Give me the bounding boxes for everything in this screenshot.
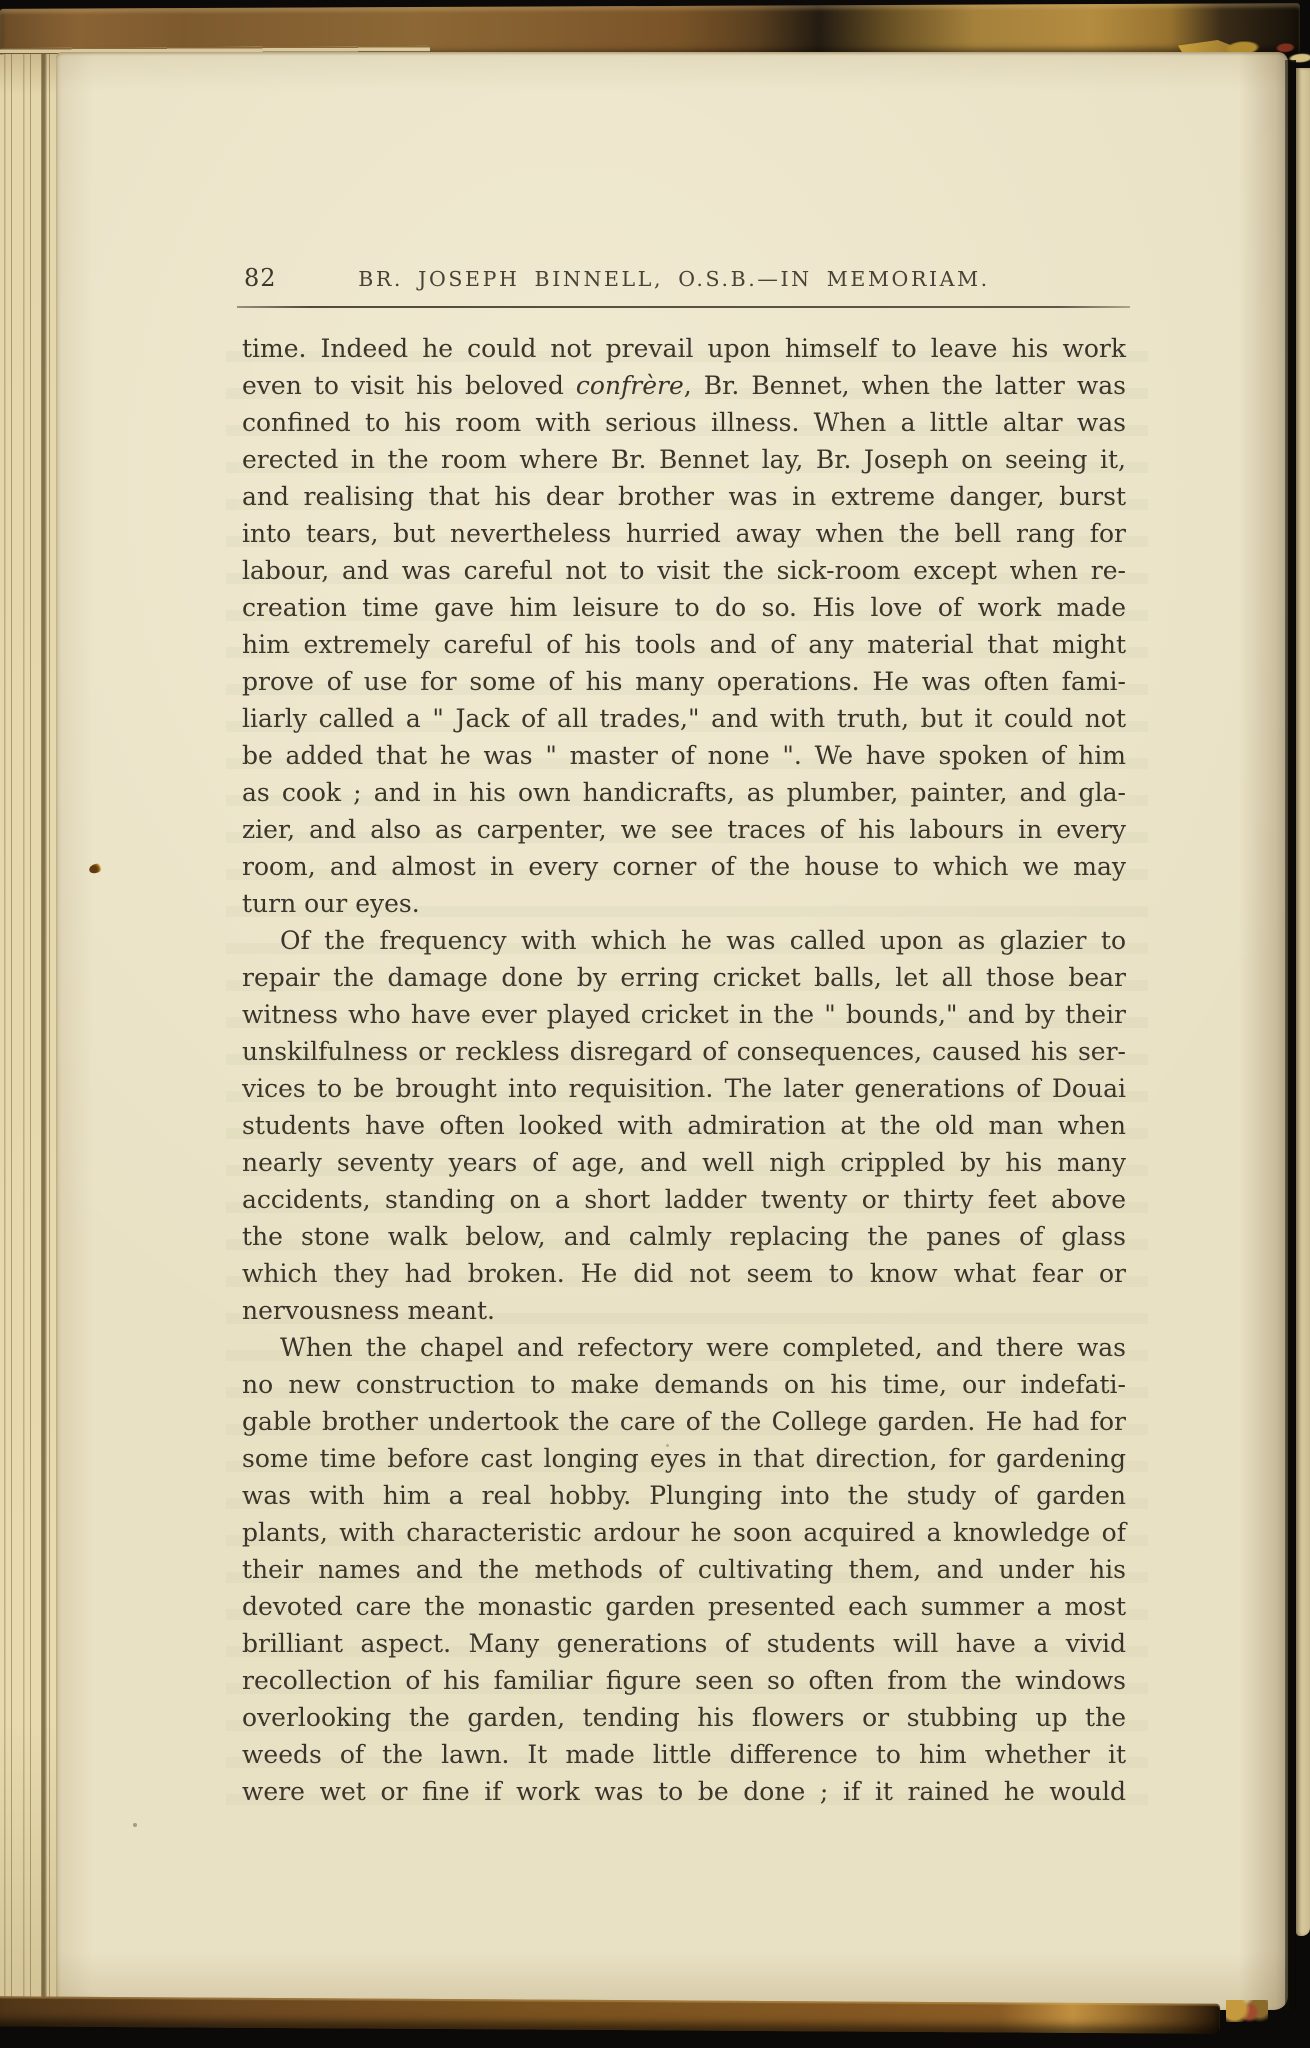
text-line: confined to his room with serious illnes… bbox=[242, 404, 1126, 441]
text-line: be added that he was " master of none ".… bbox=[242, 737, 1126, 774]
book-photograph: 82 BR. JOSEPH BINNELL, O.S.B.—IN MEMORIA… bbox=[0, 0, 1310, 2048]
text-line: When the chapel and refectory were compl… bbox=[242, 1329, 1126, 1366]
text-line: even to visit his beloved confrère, Br. … bbox=[242, 367, 1126, 404]
text-line: labour, and was careful not to visit the… bbox=[242, 552, 1126, 589]
text-line: gable brother undertook the care of the … bbox=[242, 1403, 1126, 1440]
text-line: recollection of his familiar figure seen… bbox=[242, 1662, 1126, 1699]
paper-speck bbox=[666, 1444, 669, 1447]
text-line: erected in the room where Br. Bennet lay… bbox=[242, 441, 1126, 478]
paper-speck bbox=[133, 1823, 137, 1827]
text-line: as cook ; and in his own handicrafts, as… bbox=[242, 774, 1126, 811]
text-line: students have often looked with admirati… bbox=[242, 1107, 1126, 1144]
page-header: 82 BR. JOSEPH BINNELL, O.S.B.—IN MEMORIA… bbox=[242, 262, 1126, 296]
text-line: zier, and also as carpenter, we see trac… bbox=[242, 811, 1126, 848]
book-page: 82 BR. JOSEPH BINNELL, O.S.B.—IN MEMORIA… bbox=[56, 52, 1288, 2010]
text-line: repair the damage done by erring cricket… bbox=[242, 959, 1126, 996]
text-line: creation time gave him leisure to do so.… bbox=[242, 589, 1126, 626]
page-edges-left bbox=[0, 54, 60, 2016]
text-line: and realising that his dear brother was … bbox=[242, 478, 1126, 515]
text-line: room, and almost in every corner of the … bbox=[242, 848, 1126, 885]
text-line: Of the frequency with which he was calle… bbox=[242, 922, 1126, 959]
adjacent-page-edge bbox=[1296, 68, 1310, 1936]
text-line: which they had broken. He did not seem t… bbox=[242, 1255, 1126, 1292]
page-gap-shadow bbox=[1285, 60, 1296, 2010]
running-header: BR. JOSEPH BINNELL, O.S.B.—IN MEMORIAM. bbox=[232, 267, 1116, 291]
text-line: some time before cast longing eyes in th… bbox=[242, 1440, 1126, 1477]
text-line: vices to be brought into requisition. Th… bbox=[242, 1070, 1126, 1107]
text-line: was with him a real hobby. Plunging into… bbox=[242, 1477, 1126, 1514]
text-line: were wet or fine if work was to be done … bbox=[242, 1773, 1126, 1810]
text-line: time. Indeed he could not prevail upon h… bbox=[242, 330, 1126, 367]
text-line: nervousness meant. bbox=[242, 1292, 1126, 1329]
text-line: witness who have ever played cricket in … bbox=[242, 996, 1126, 1033]
header-rule bbox=[237, 306, 1130, 308]
text-line: overlooking the garden, tending his flow… bbox=[242, 1699, 1126, 1736]
text-line: unskilfulness or reckless disregard of c… bbox=[242, 1033, 1126, 1070]
paper-speck bbox=[88, 862, 103, 874]
text-line: devoted care the monastic garden present… bbox=[242, 1588, 1126, 1625]
text-line: nearly seventy years of age, and well ni… bbox=[242, 1144, 1126, 1181]
binding-fray bbox=[1226, 2000, 1268, 2022]
text-line: the stone walk below, and calmly replaci… bbox=[242, 1218, 1126, 1255]
text-line: plants, with characteristic ardour he so… bbox=[242, 1514, 1126, 1551]
page-text: time. Indeed he could not prevail upon h… bbox=[242, 330, 1126, 1810]
text-line: turn our eyes. bbox=[242, 885, 1126, 922]
text-line: their names and the methods of cultivati… bbox=[242, 1551, 1126, 1588]
text-line: brilliant aspect. Many generations of st… bbox=[242, 1625, 1126, 1662]
text-line: weeds of the lawn. It made little differ… bbox=[242, 1736, 1126, 1773]
text-line: prove of use for some of his many operat… bbox=[242, 663, 1126, 700]
text-line: him extremely careful of his tools and o… bbox=[242, 626, 1126, 663]
text-line: accidents, standing on a short ladder tw… bbox=[242, 1181, 1126, 1218]
text-line: no new construction to make demands on h… bbox=[242, 1366, 1126, 1403]
text-line: into tears, but nevertheless hurried awa… bbox=[242, 515, 1126, 552]
text-line: liarly called a " Jack of all trades," a… bbox=[242, 700, 1126, 737]
book-cover-bottom-edge bbox=[0, 1996, 1220, 2033]
